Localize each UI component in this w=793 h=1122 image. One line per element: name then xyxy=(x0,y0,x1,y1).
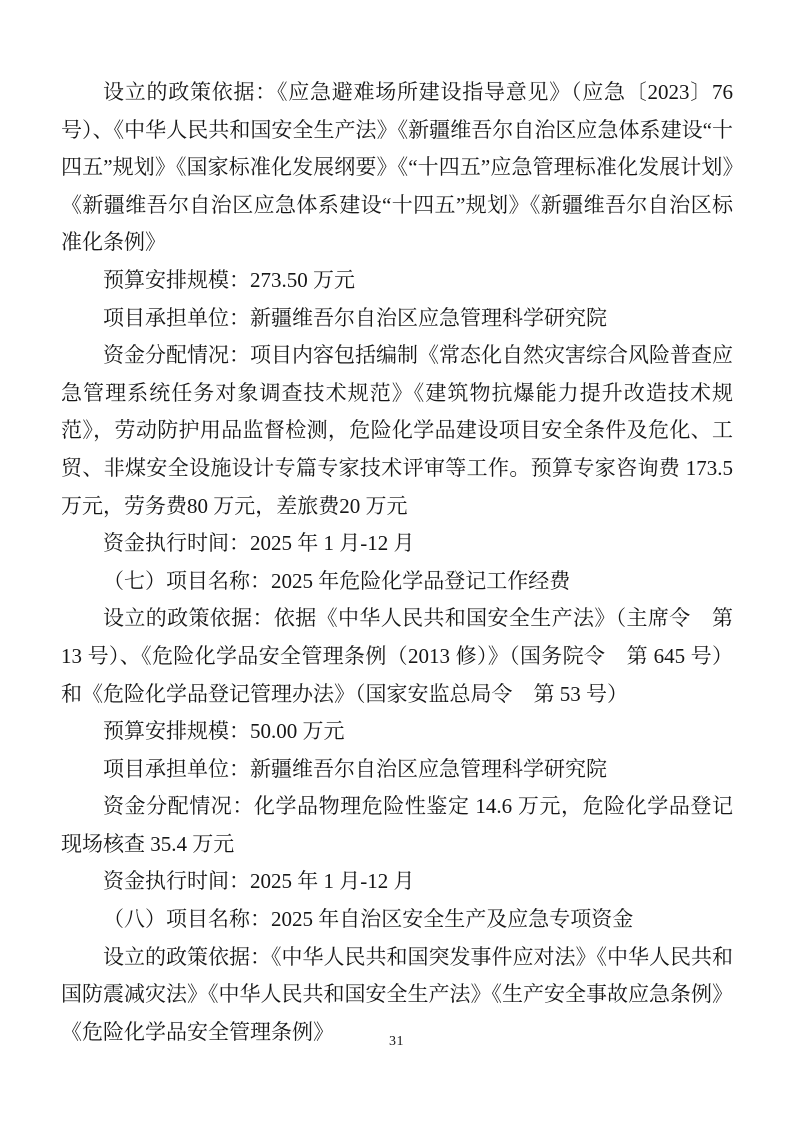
paragraph-budget-scale-7: 预算安排规模：273.50 万元 xyxy=(61,262,733,300)
paragraph-fund-allocation-8: 资金分配情况：化学品物理危险性鉴定 14.6 万元，危险化学品登记现场核查 35… xyxy=(61,788,733,863)
paragraph-fund-execution-time-8: 资金执行时间：2025 年 1 月-12 月 xyxy=(61,863,733,901)
document-body: 设立的政策依据：《应急避难场所建设指导意见》（应急〔2023〕76 号）、《中华… xyxy=(61,74,733,1051)
paragraph-undertaking-unit-7: 项目承担单位：新疆维吾尔自治区应急管理科学研究院 xyxy=(61,300,733,338)
paragraph-budget-scale-8: 预算安排规模：50.00 万元 xyxy=(61,713,733,751)
paragraph-undertaking-unit-8: 项目承担单位：新疆维吾尔自治区应急管理科学研究院 xyxy=(61,751,733,789)
paragraph-project-name-7: （七）项目名称：2025 年危险化学品登记工作经费 xyxy=(61,563,733,601)
page-number: 31 xyxy=(389,1034,404,1049)
paragraph-fund-allocation-7: 资金分配情况：项目内容包括编制《常态化自然灾害综合风险普查应急管理系统任务对象调… xyxy=(61,337,733,525)
document-page: 设立的政策依据：《应急避难场所建设指导意见》（应急〔2023〕76 号）、《中华… xyxy=(0,0,793,1122)
paragraph-policy-basis-8: 设立的政策依据：依据《中华人民共和国安全生产法》（主席令 第 13 号）、《危险… xyxy=(61,600,733,713)
page-footer: 31 xyxy=(0,1032,793,1050)
paragraph-policy-basis-7: 设立的政策依据：《应急避难场所建设指导意见》（应急〔2023〕76 号）、《中华… xyxy=(61,74,733,262)
paragraph-fund-execution-time-7: 资金执行时间：2025 年 1 月-12 月 xyxy=(61,525,733,563)
paragraph-project-name-9: （八）项目名称：2025 年自治区安全生产及应急专项资金 xyxy=(61,901,733,939)
